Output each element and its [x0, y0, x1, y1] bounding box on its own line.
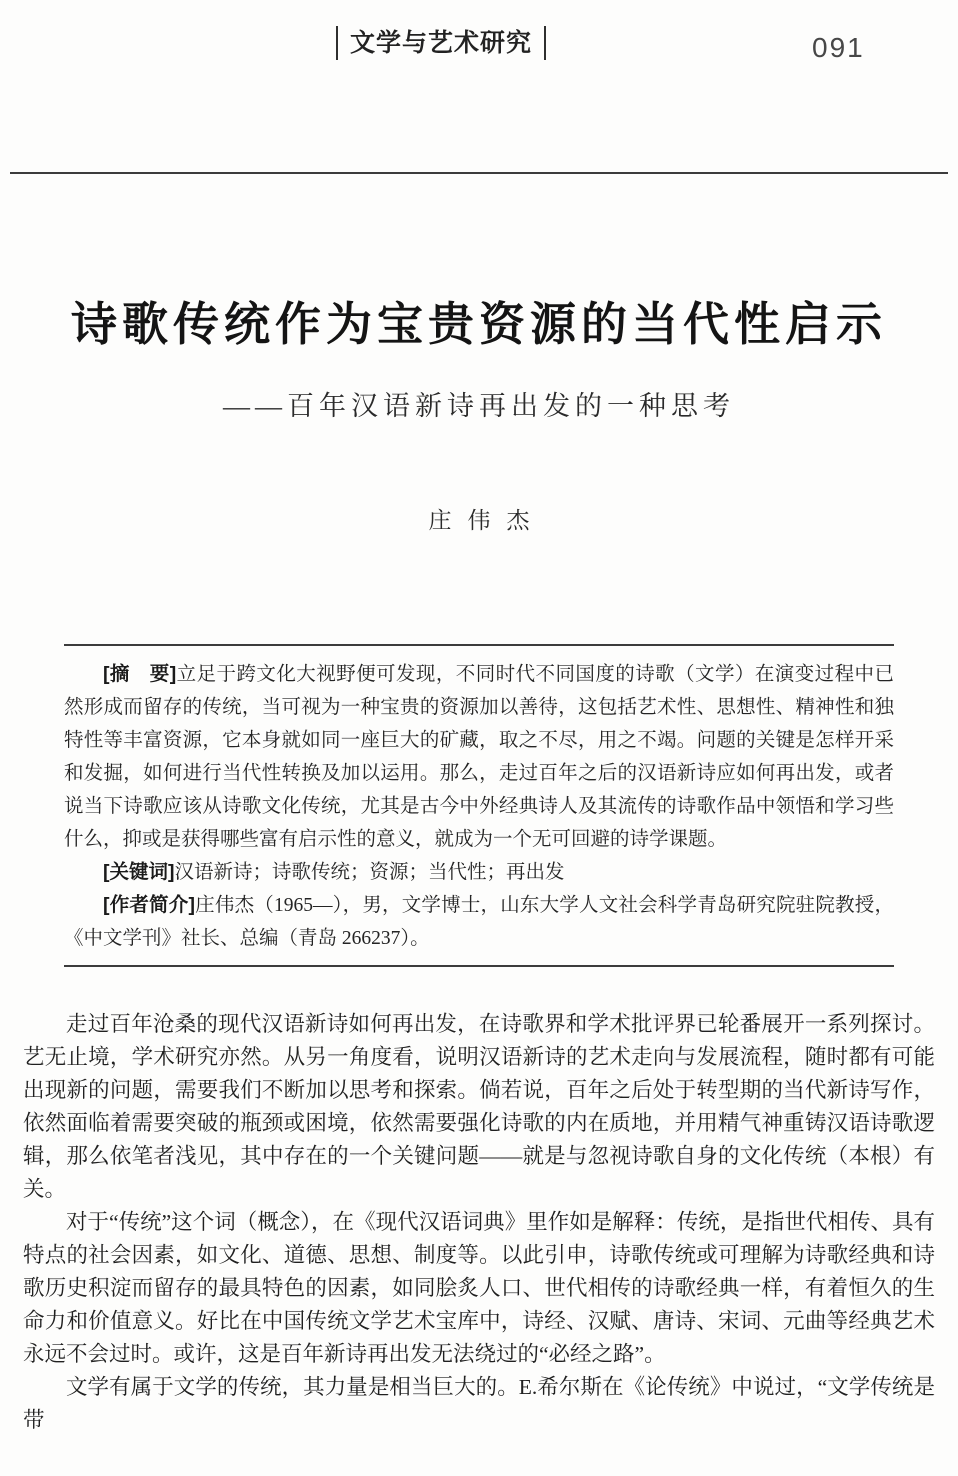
running-head: 文学与艺术研究 091 [0, 0, 958, 80]
abstract-paragraph: [摘 要]立足于跨文化大视野便可发现，不同时代不同国度的诗歌（文学）在演变过程中… [64, 658, 894, 856]
abstract-section: [摘 要]立足于跨文化大视野便可发现，不同时代不同国度的诗歌（文学）在演变过程中… [64, 644, 894, 967]
abstract-label: [摘 要] [103, 663, 176, 685]
author-bio-label: [作者简介] [103, 894, 195, 916]
page-container: 文学与艺术研究 091 诗歌传统作为宝贵资源的当代性启示 ——百年汉语新诗再出发… [0, 0, 958, 1476]
article-body: 走过百年沧桑的现代汉语新诗如何再出发，在诗歌界和学术批评界已轮番展开一系列探讨。… [23, 1008, 935, 1437]
abstract-text: 立足于跨文化大视野便可发现，不同时代不同国度的诗歌（文学）在演变过程中已然形成而… [64, 664, 894, 850]
page-number: 091 [812, 32, 865, 64]
body-paragraph-3: 文学有属于文学的传统，其力量是相当巨大的。E.希尔斯在《论传统》中说过，“文学传… [23, 1371, 935, 1437]
journal-section-label: 文学与艺术研究 [336, 26, 546, 60]
body-paragraph-2: 对于“传统”这个词（概念），在《现代汉语词典》里作如是解释：传统，是指世代相传、… [23, 1206, 935, 1371]
article-subtitle: ——百年汉语新诗再出发的一种思考 [0, 384, 958, 423]
keywords-paragraph: [关键词]汉语新诗；诗歌传统；资源；当代性；再出发 [64, 856, 894, 889]
keywords-text: 汉语新诗；诗歌传统；资源；当代性；再出发 [175, 862, 565, 883]
author-bio-paragraph: [作者简介]庄伟杰（1965—），男，文学博士，山东大学人文社会科学青岛研究院驻… [64, 889, 894, 955]
author-name: 庄伟杰 [0, 502, 958, 535]
body-paragraph-1: 走过百年沧桑的现代汉语新诗如何再出发，在诗歌界和学术批评界已轮番展开一系列探讨。… [23, 1008, 935, 1206]
article-title: 诗歌传统作为宝贵资源的当代性启示 [0, 288, 958, 354]
keywords-label: [关键词] [103, 861, 175, 883]
header-divider-rule [10, 172, 948, 174]
